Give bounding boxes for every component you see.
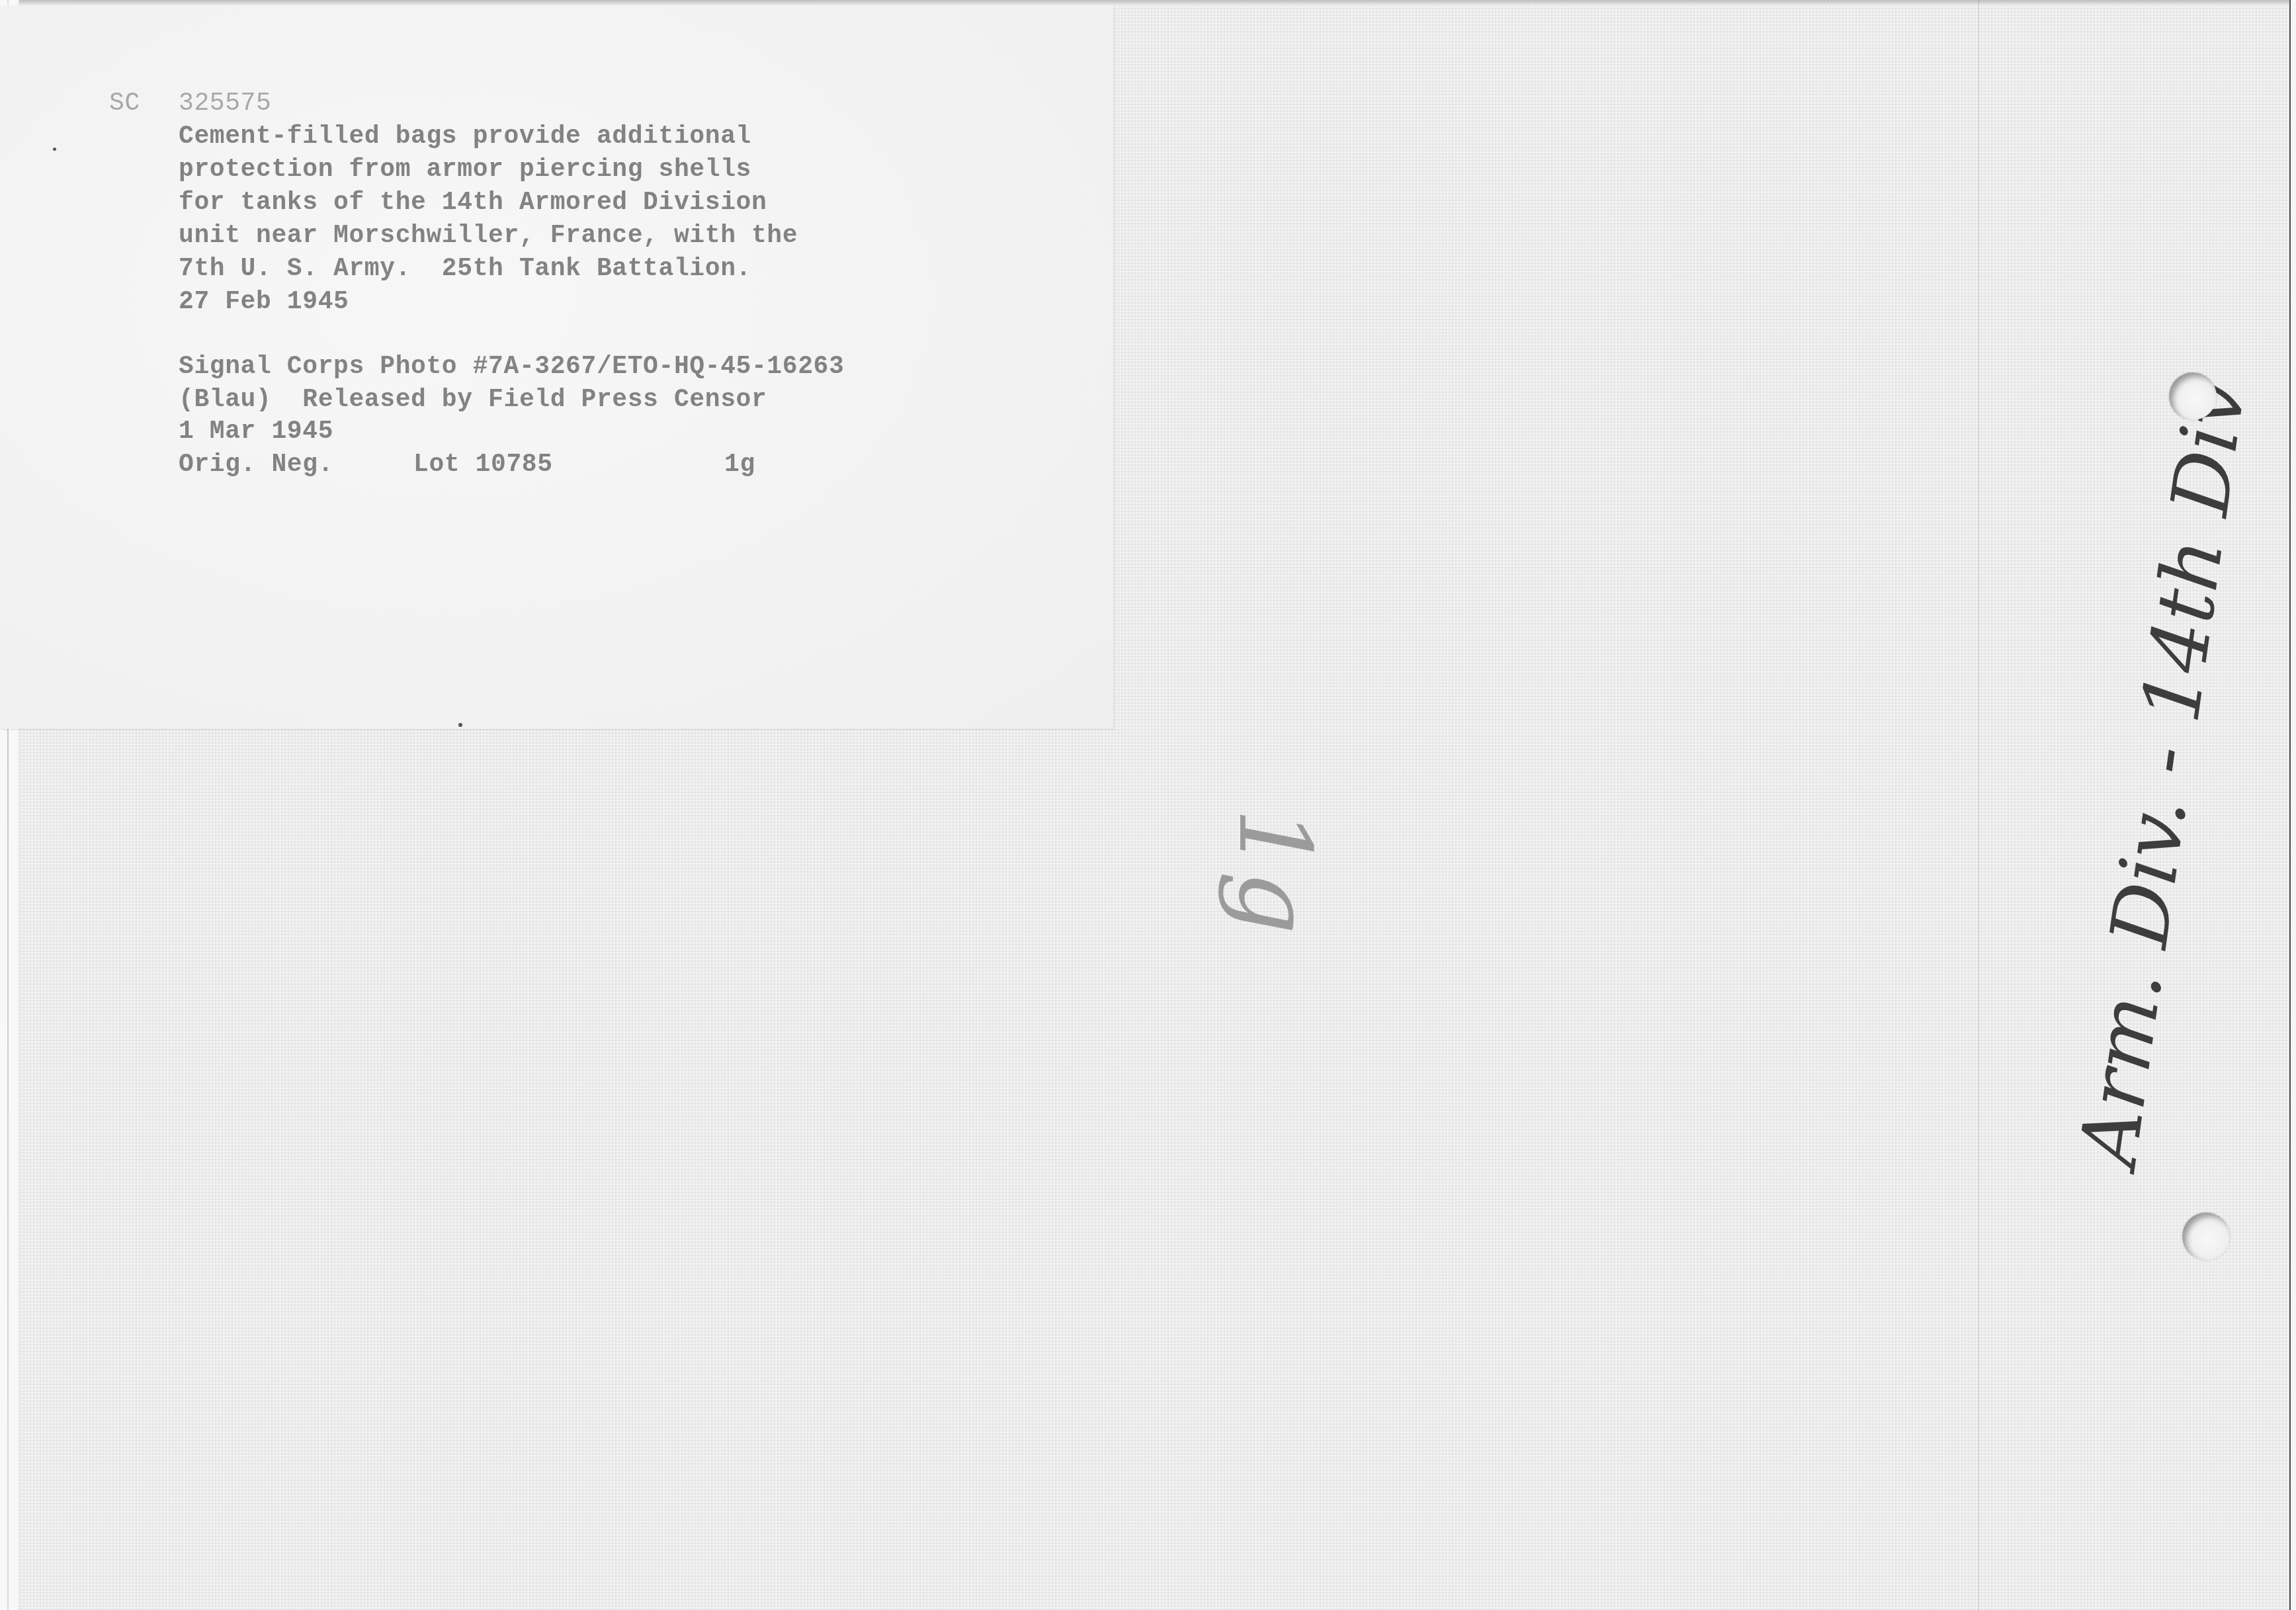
caption-label-card: SC 325575 Cement-filled bags provide add… bbox=[0, 5, 1113, 729]
release-line: (Blau) Released by Field Press Censor bbox=[179, 388, 767, 413]
caption-line: protection from armor piercing shells bbox=[179, 157, 751, 183]
right-edge bbox=[2289, 0, 2296, 1610]
orig-neg-label: Orig. Neg. bbox=[179, 452, 333, 478]
punch-hole-bottom bbox=[2182, 1212, 2230, 1260]
release-date: 1 Mar 1945 bbox=[179, 419, 333, 445]
caption-line: for tanks of the 14th Armored Division bbox=[179, 191, 767, 216]
caption-line: Cement-filled bags provide additional bbox=[179, 124, 751, 149]
id-number: 325575 bbox=[179, 91, 271, 116]
release-line: Signal Corps Photo #7A-3267/ETO-HQ-45-16… bbox=[179, 355, 844, 380]
document-page: SC 325575 Cement-filled bags provide add… bbox=[0, 0, 2296, 1610]
caption-date: 27 Feb 1945 bbox=[179, 290, 349, 315]
handwritten-code: 1g bbox=[1216, 808, 1332, 934]
id-prefix: SC bbox=[109, 91, 140, 116]
top-edge-shadow bbox=[0, 0, 2296, 5]
punch-hole-top bbox=[2169, 372, 2217, 420]
ink-speck bbox=[53, 148, 56, 151]
caption-line: 7th U. S. Army. 25th Tank Battalion. bbox=[179, 257, 751, 282]
lot-number: Lot 10785 bbox=[413, 452, 553, 478]
neg-code: 1g bbox=[724, 452, 755, 478]
caption-line: unit near Morschwiller, France, with the bbox=[179, 224, 798, 249]
vertical-crease bbox=[1978, 0, 1979, 1610]
handwritten-division-note: Arm. Div. - 14th Div bbox=[2058, 341, 2269, 1206]
ink-speck bbox=[458, 723, 462, 727]
